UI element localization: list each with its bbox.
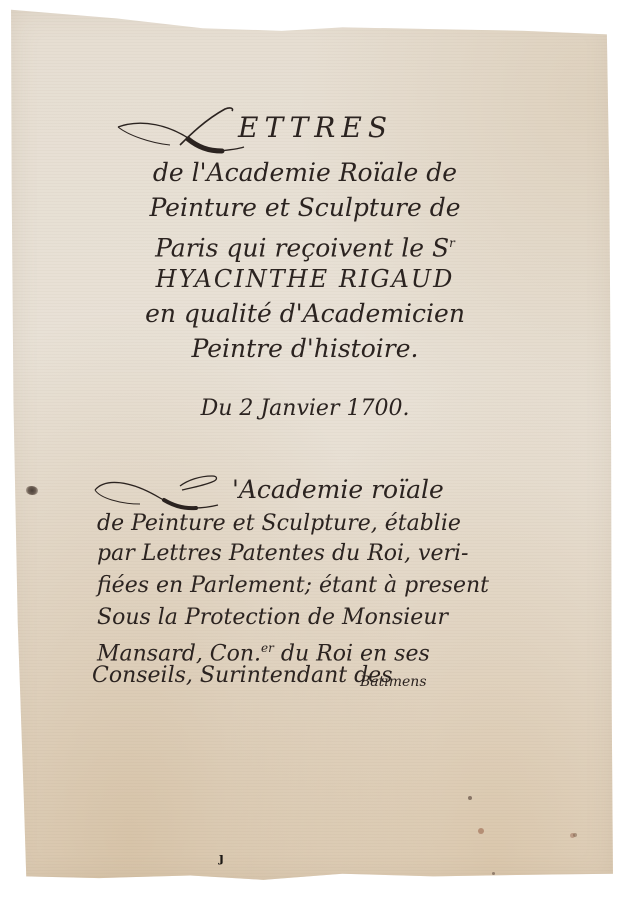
title-line-6: Peintre d'histoire. [70, 334, 540, 364]
title-line-3-text: Paris qui reçoivent le S [155, 233, 449, 262]
body-line-3: par Lettres Patentes du Roi, veri- [97, 540, 487, 568]
foxing-spot [468, 796, 472, 800]
paper-hole [26, 486, 38, 495]
calligraphic-L-flourish-icon [110, 105, 250, 160]
body-line-2: de Peinture et Sculpture, établie [97, 510, 487, 538]
body-line-6-superscript: er [261, 641, 274, 655]
title-line-3-superscript: r [449, 236, 455, 250]
foxing-spot [478, 828, 484, 834]
body-line-1: 'Academie roïale [232, 476, 622, 504]
date-line: Du 2 Janvier 1700. [70, 394, 540, 424]
body-line-5: Sous la Protection de Monsieur [97, 604, 487, 632]
catchword: Batimens [360, 674, 427, 690]
foxing-spot [492, 872, 495, 875]
ink-mark: ȷ [219, 851, 224, 866]
title-line-honoree: HYACINTHE RIGAUD [70, 264, 540, 294]
manuscript-photo: ETTRES de l'Academie Roïale de Peinture … [0, 0, 626, 898]
body-line-4: fiées en Parlement; étant à present [97, 572, 487, 600]
title-heading: ETTRES [110, 105, 470, 155]
title-line-3: Paris qui reçoivent le Sr [70, 228, 540, 263]
title-line-2: Peinture et Sculpture de [70, 193, 540, 223]
title-line-1: de l'Academie Roïale de [70, 158, 540, 188]
title-heading-text: ETTRES [238, 111, 393, 144]
title-line-5: en qualité d'Academicien [70, 299, 540, 329]
foxing-spot [573, 833, 577, 837]
